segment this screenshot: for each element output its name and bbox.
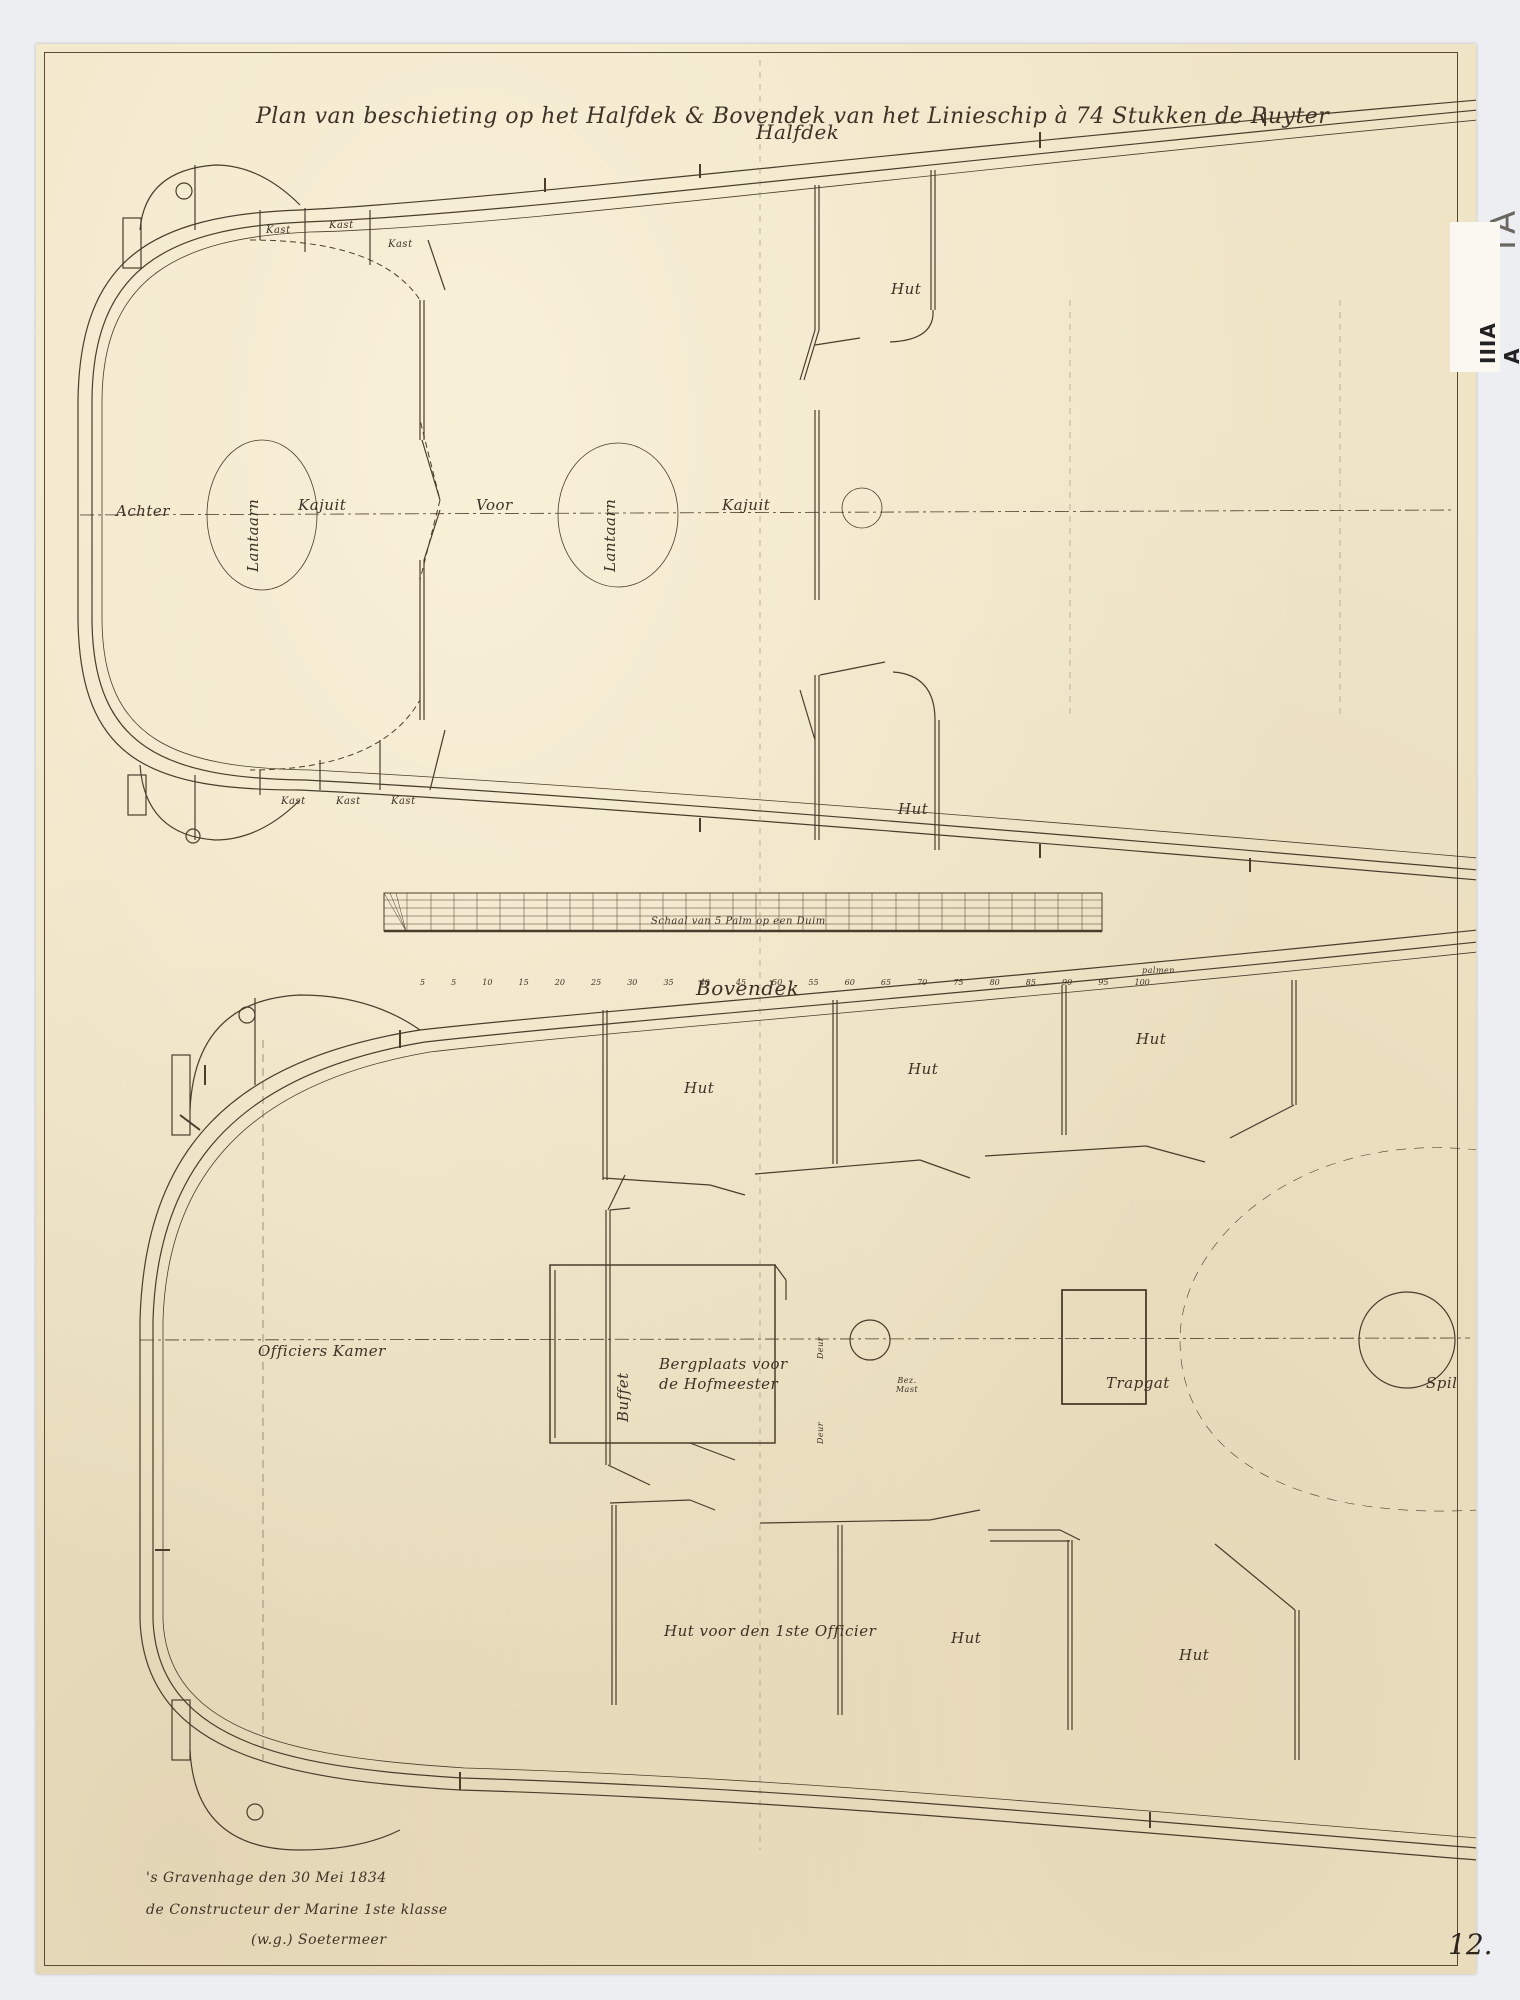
label-hut-top: Hut	[891, 280, 921, 298]
label-kast-bottom-2: Kast	[336, 796, 361, 807]
label-hut-top-1: Hut	[684, 1079, 714, 1097]
signature-name: (w.g.) Soetermeer	[251, 1932, 387, 1948]
label-kast-top-2: Kast	[329, 220, 354, 231]
label-hut-bottom: Hut	[898, 800, 928, 818]
label-trapgat: Trapgat	[1106, 1374, 1170, 1392]
label-lantaarn-1: Lantaarn	[244, 499, 262, 572]
label-kast-bottom-1: Kast	[281, 796, 306, 807]
bovendek-label: Bovendek	[696, 976, 800, 1000]
scale-label: Schaal van 5 Palm op een Duim	[651, 916, 826, 927]
halfdek-label: Halfdek	[756, 120, 839, 144]
label-bez-mast: Bez. Mast	[892, 1376, 922, 1394]
label-kast-bottom-3: Kast	[391, 796, 416, 807]
catalog-label: IIIA A 36.5	[1476, 311, 1520, 364]
drawing-sheet: Plan van beschieting op het Halfdek & Bo…	[36, 44, 1476, 1974]
label-hut-bottom-3: Hut	[1179, 1646, 1209, 1664]
label-kajuit-2: Kajuit	[722, 496, 770, 514]
quarter-gallery-bovendek-top	[190, 995, 420, 1110]
label-hut-1ste-officier: Hut voor den 1ste Officier	[664, 1622, 876, 1640]
port-circle-top	[176, 183, 192, 199]
label-kajuit-1: Kajuit	[298, 496, 346, 514]
scale-unit: palmen	[1142, 966, 1175, 975]
label-achter: Achter	[116, 502, 170, 520]
label-kast-top-3: Kast	[388, 239, 413, 250]
label-voor: Voor	[476, 496, 513, 514]
sheet-number: 12.	[1448, 1928, 1493, 1961]
quarter-gallery-top	[140, 165, 300, 230]
label-hut-top-2: Hut	[908, 1060, 938, 1078]
label-hut-bottom-2: Hut	[951, 1629, 981, 1647]
label-hut-top-3: Hut	[1136, 1030, 1166, 1048]
label-officiers-kamer: Officiers Kamer	[258, 1342, 386, 1360]
signature-title: de Constructeur der Marine 1ste klasse	[146, 1902, 448, 1918]
label-lantaarn-2: Lantaarn	[601, 499, 619, 572]
label-bergplaats: Bergplaats voor de Hofmeester	[659, 1354, 809, 1394]
signature-place-date: 's Gravenhage den 30 Mei 1834	[146, 1870, 387, 1886]
label-kast-top-1: Kast	[266, 225, 291, 236]
label-deur-2: Deur	[816, 1422, 825, 1444]
label-spil: Spil	[1426, 1374, 1457, 1392]
label-deur-1: Deur	[816, 1337, 825, 1359]
deck-plan-drawing	[36, 44, 1476, 1974]
label-buffet: Buffet	[614, 1372, 632, 1422]
